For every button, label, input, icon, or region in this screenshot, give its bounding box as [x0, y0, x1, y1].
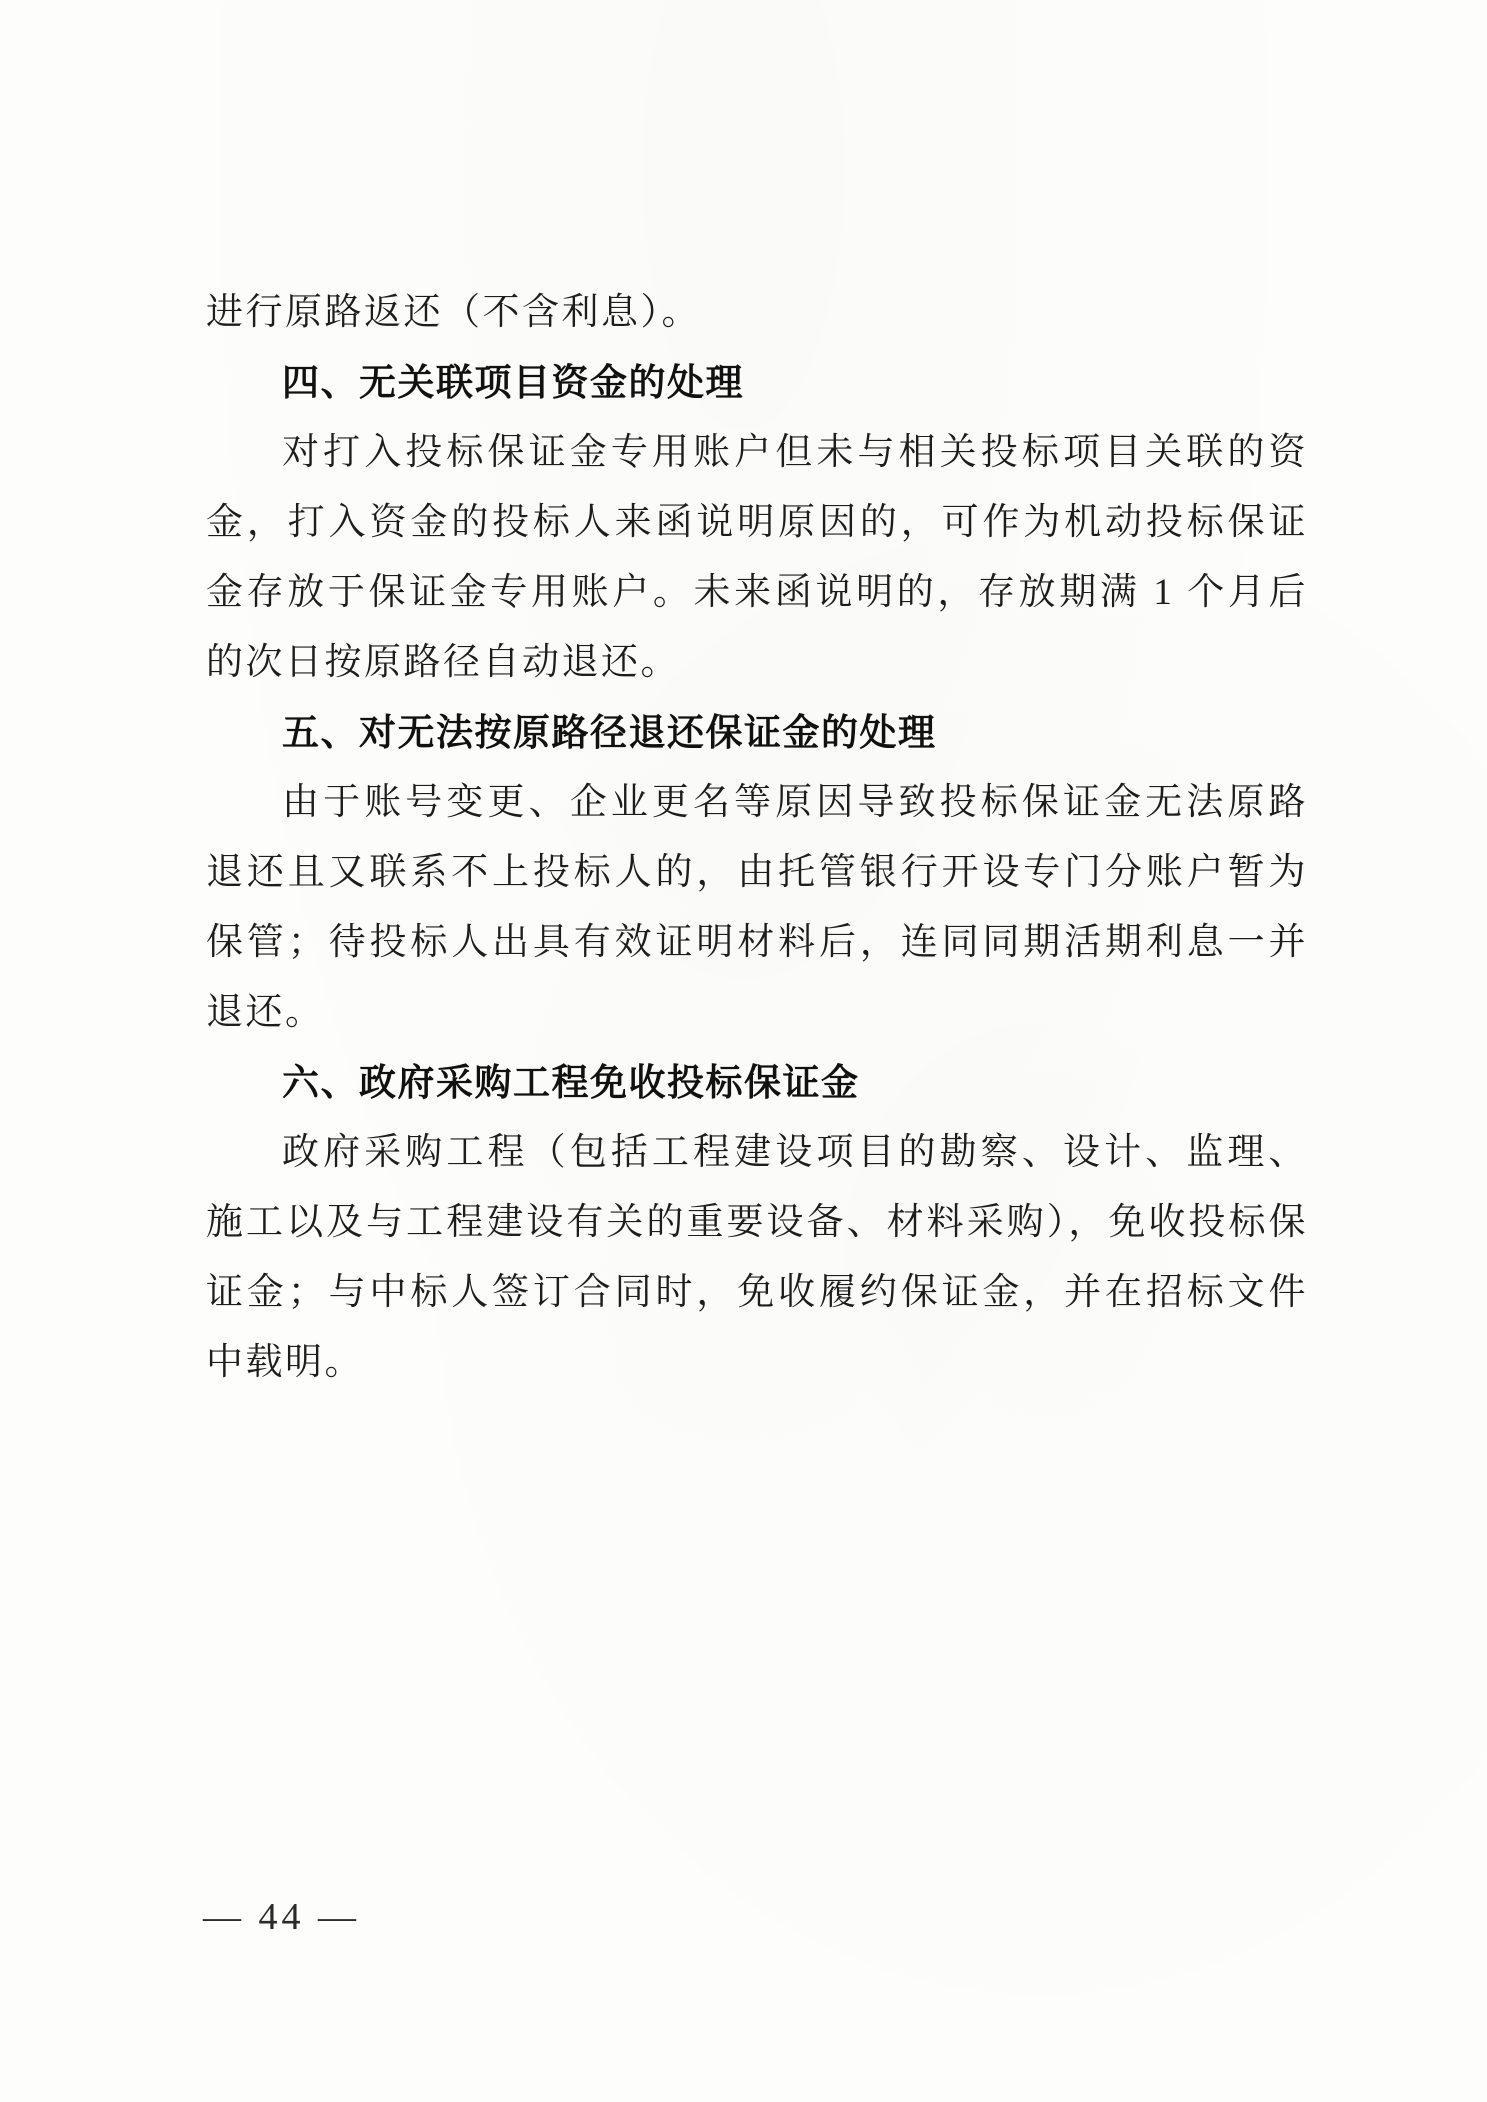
paragraph-continuation: 进行原路返还（不含利息）。 — [206, 278, 1308, 348]
section-five-paragraph: 由于账号变更、企业更名等原因导致投标保证金无法原路退还且又联系不上投标人的，由托… — [206, 768, 1308, 1048]
page-number: — 44 — — [203, 1896, 360, 1938]
document-page: 进行原路返还（不含利息）。 四、无关联项目资金的处理 对打入投标保证金专用账户但… — [0, 0, 1487, 2102]
section-heading-five: 五、对无法按原路径退还保证金的处理 — [206, 698, 1308, 768]
section-heading-four: 四、无关联项目资金的处理 — [206, 348, 1308, 418]
document-body: 进行原路返还（不含利息）。 四、无关联项目资金的处理 对打入投标保证金专用账户但… — [206, 278, 1308, 1398]
page-footer: — 44 — — [203, 1893, 360, 1941]
section-heading-six: 六、政府采购工程免收投标保证金 — [206, 1048, 1308, 1118]
section-six-paragraph: 政府采购工程（包括工程建设项目的勘察、设计、监理、施工以及与工程建设有关的重要设… — [206, 1118, 1308, 1398]
section-four-paragraph: 对打入投标保证金专用账户但未与相关投标项目关联的资金，打入资金的投标人来函说明原… — [206, 418, 1308, 698]
